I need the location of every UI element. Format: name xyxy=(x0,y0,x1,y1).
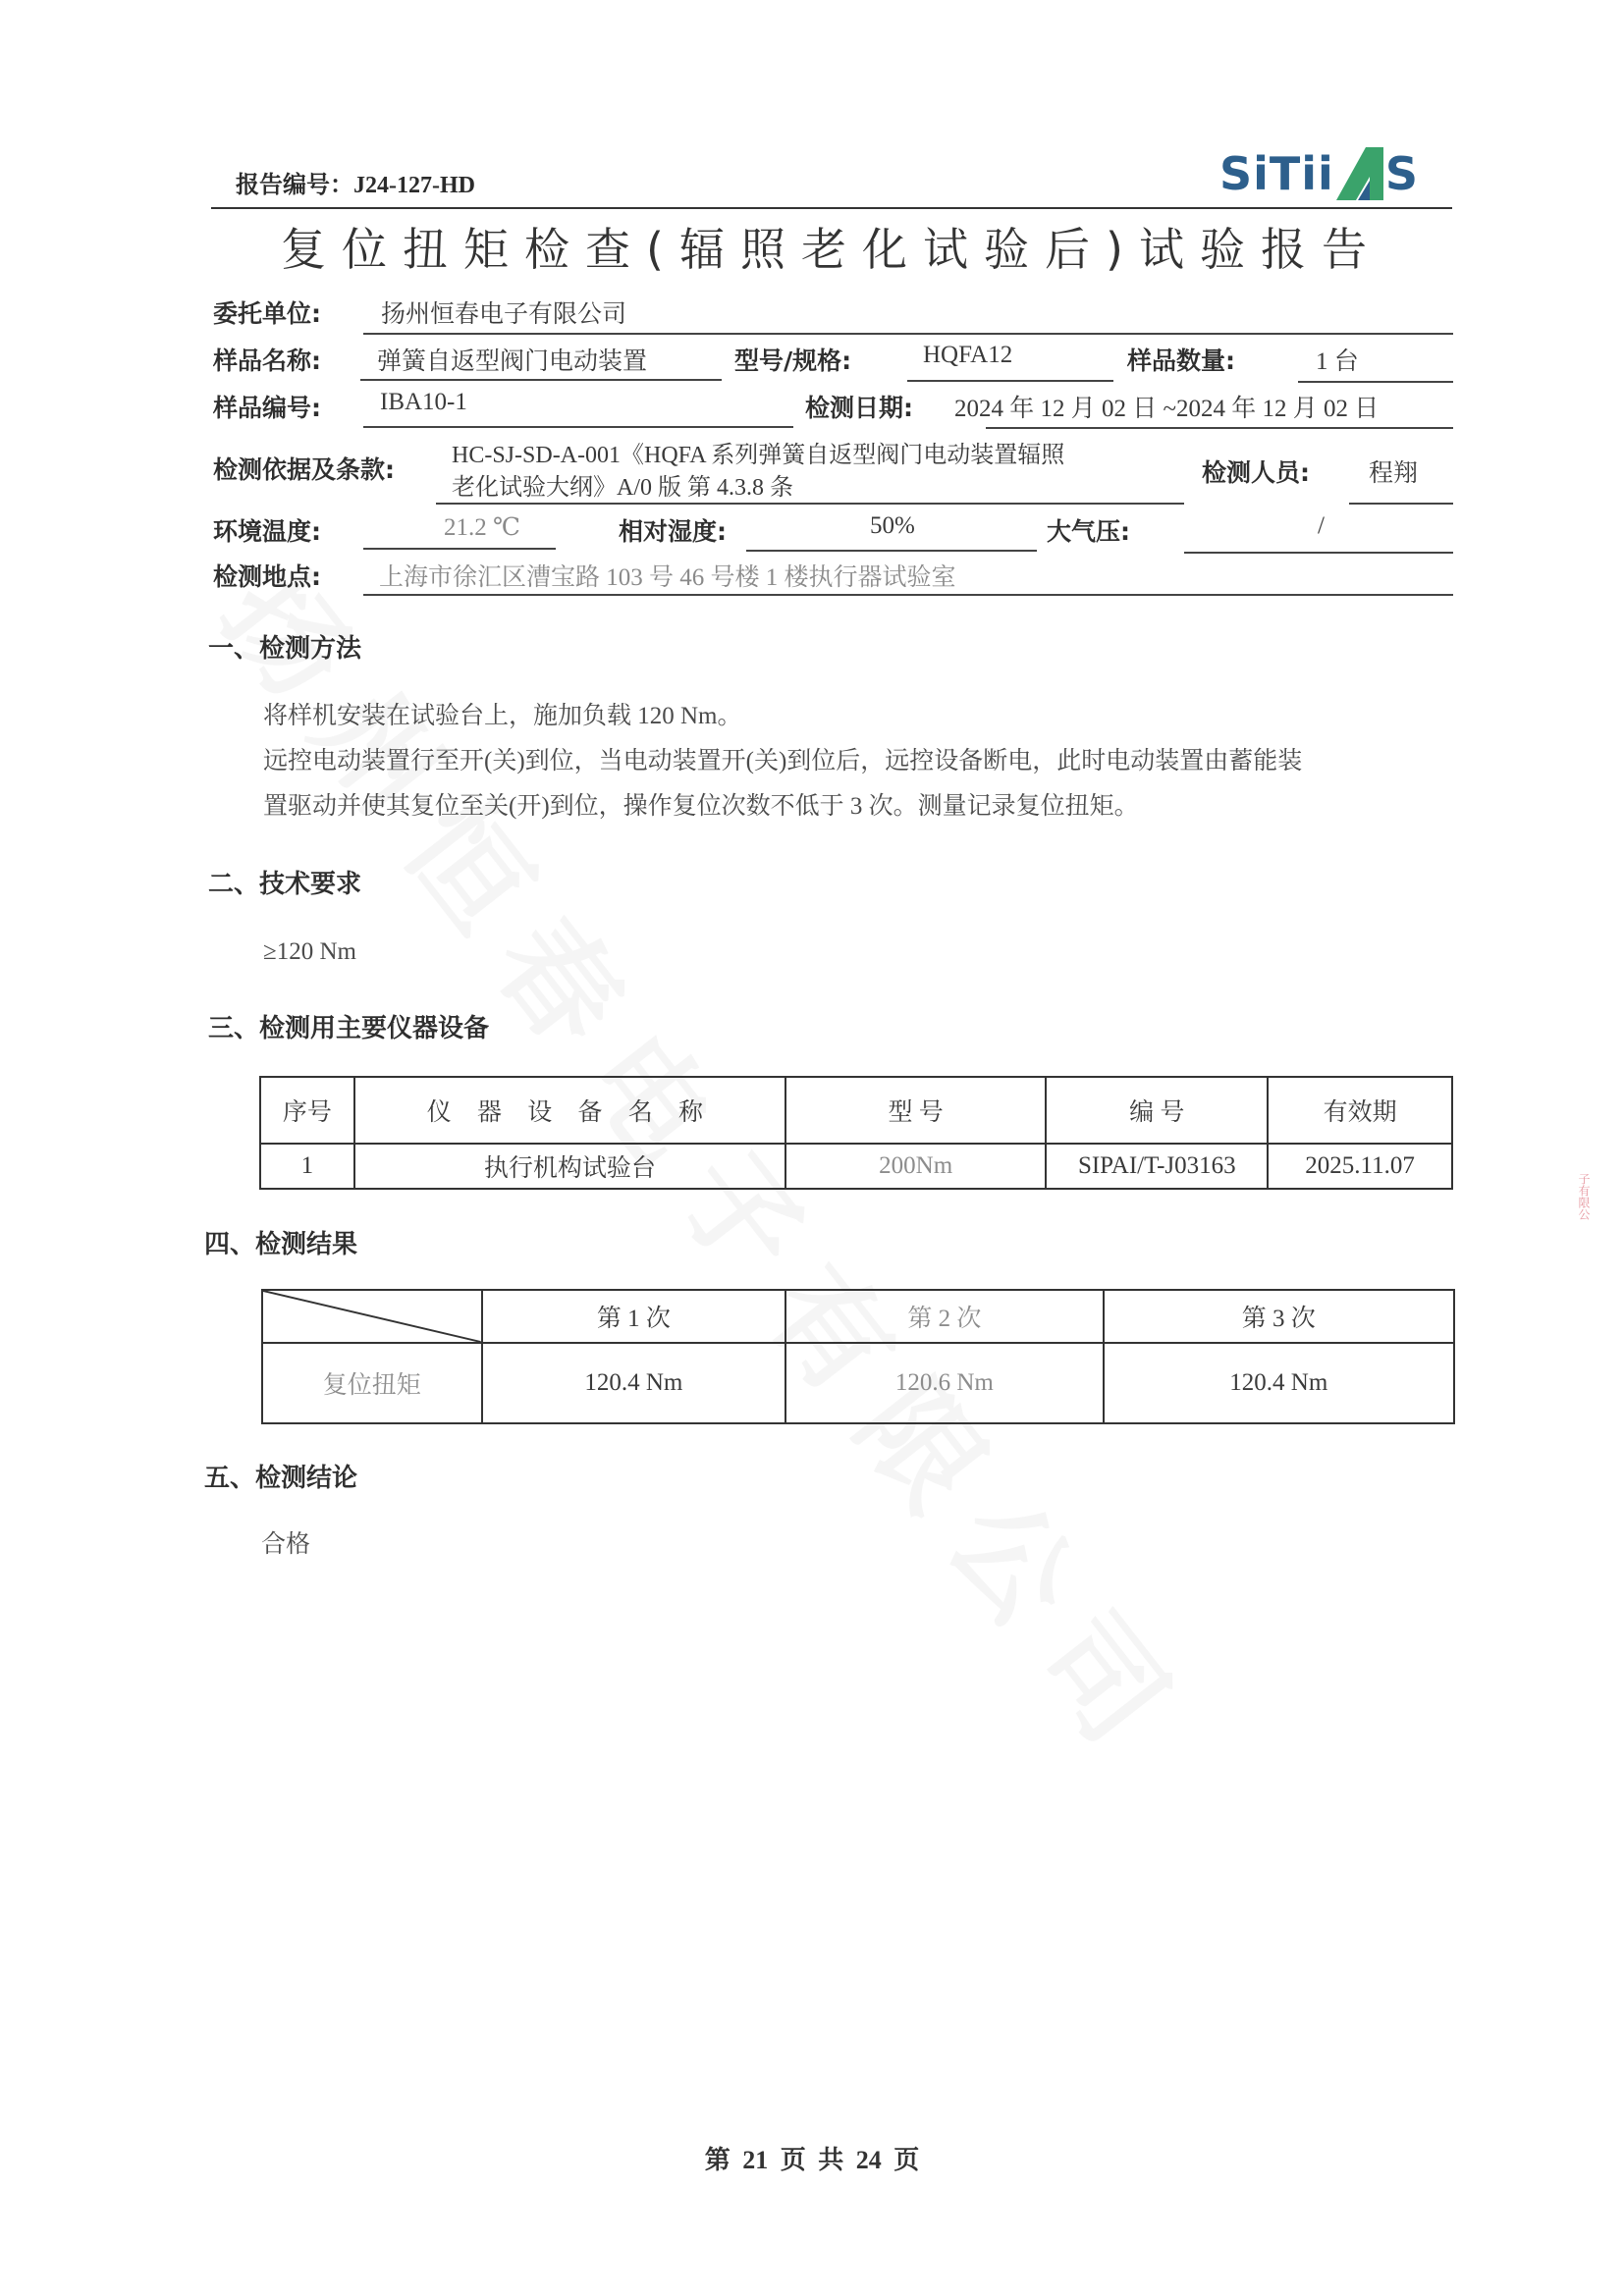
seal-stamp-fragment: 子有限公 xyxy=(1575,1173,1593,1340)
pressure-underline xyxy=(1184,552,1453,554)
pressure-label: 大气压: xyxy=(1047,512,1130,548)
method-line-2: 远控电动装置行至开(关)到位，当电动装置开(关)到位后，远控设备断电，此时电动装… xyxy=(263,740,1302,783)
test-date-underline xyxy=(986,427,1453,429)
results-col-1: 第 1 次 xyxy=(482,1290,786,1343)
results-corner-cell xyxy=(262,1290,482,1343)
equipment-col-validity: 有效期 xyxy=(1268,1077,1452,1144)
report-number: 报告编号：J24-127-HD xyxy=(236,165,475,199)
results-row-label: 复位扭矩 xyxy=(262,1343,482,1423)
equipment-cell-index: 1 xyxy=(260,1144,354,1189)
equipment-table-header-row: 序号 仪 器 设 备 名 称 型 号 编 号 有效期 xyxy=(260,1077,1452,1144)
test-date-label: 检测日期: xyxy=(805,389,913,424)
quantity-label: 样品数量: xyxy=(1127,342,1235,377)
method-line-1: 将样机安装在试验台上，施加负载 120 Nm。 xyxy=(263,695,742,738)
humidity-underline xyxy=(746,550,1037,552)
results-value-2: 120.6 Nm xyxy=(785,1343,1103,1423)
quantity-underline xyxy=(1298,381,1453,383)
sample-no-value: IBA10-1 xyxy=(380,389,467,416)
table-row: 复位扭矩 120.4 Nm 120.6 Nm 120.4 Nm xyxy=(262,1343,1454,1423)
equipment-table: 序号 仪 器 设 备 名 称 型 号 编 号 有效期 1 执行机构试验台 200… xyxy=(259,1076,1453,1190)
client-label: 委托单位: xyxy=(213,294,321,330)
basis-label: 检测依据及条款: xyxy=(213,451,395,486)
results-value-3: 120.4 Nm xyxy=(1104,1343,1454,1423)
requirement-text: ≥120 Nm xyxy=(263,931,356,974)
test-date-value: 2024 年 12 月 02 日 ~2024 年 12 月 02 日 xyxy=(954,389,1379,424)
pressure-value: / xyxy=(1318,512,1325,540)
equipment-col-model: 型 号 xyxy=(785,1077,1047,1144)
section-results-heading: 四、检测结果 xyxy=(204,1224,357,1260)
client-value: 扬州恒春电子有限公司 xyxy=(381,294,626,330)
header-divider xyxy=(211,207,1452,209)
location-value: 上海市徐汇区漕宝路 103 号 46 号楼 1 楼执行器试验室 xyxy=(379,558,956,593)
page-number: 第 21 页 共 24 页 xyxy=(0,2140,1624,2176)
sitiias-logo: SiTii S xyxy=(1219,145,1419,200)
tester-value: 程翔 xyxy=(1369,454,1418,489)
model-label: 型号/规格: xyxy=(734,342,851,377)
table-row: 1 执行机构试验台 200Nm SIPAI/T-J03163 2025.11.0… xyxy=(260,1144,1452,1189)
client-underline xyxy=(363,333,1453,335)
temperature-value: 21.2 ℃ xyxy=(444,512,520,542)
equipment-col-number: 编 号 xyxy=(1046,1077,1268,1144)
model-value: HQFA12 xyxy=(923,342,1012,369)
equipment-cell-validity: 2025.11.07 xyxy=(1268,1144,1452,1189)
basis-underline xyxy=(436,503,1184,505)
model-underline xyxy=(907,380,1113,382)
temperature-underline xyxy=(363,548,556,550)
sample-name-underline xyxy=(360,379,722,381)
report-number-label: 报告编号： xyxy=(236,173,353,198)
humidity-value: 50% xyxy=(870,512,915,540)
basis-line-1: HC-SJ-SD-A-001《HQFA 系列弹簧自返型阀门电动装置辐照 xyxy=(452,435,1064,469)
temperature-label: 环境温度: xyxy=(213,512,321,548)
humidity-label: 相对湿度: xyxy=(619,512,727,548)
location-underline xyxy=(363,594,1453,596)
equipment-col-name: 仪 器 设 备 名 称 xyxy=(354,1077,785,1144)
equipment-cell-model: 200Nm xyxy=(785,1144,1047,1189)
quantity-value: 1 台 xyxy=(1316,342,1359,377)
tester-underline xyxy=(1349,503,1453,505)
method-line-3: 置驱动并使其复位至关(开)到位，操作复位次数不低于 3 次。测量记录复位扭矩。 xyxy=(263,785,1139,828)
results-value-1: 120.4 Nm xyxy=(482,1343,786,1423)
results-col-2: 第 2 次 xyxy=(785,1290,1103,1343)
equipment-col-index: 序号 xyxy=(260,1077,354,1144)
logo-text-right: S xyxy=(1385,147,1419,200)
equipment-cell-number: SIPAI/T-J03163 xyxy=(1046,1144,1268,1189)
page-title: 复位扭矩检查(辐照老化试验后)试验报告 xyxy=(211,214,1452,279)
sample-name-value: 弹簧自返型阀门电动装置 xyxy=(377,342,647,377)
section-method-heading: 一、检测方法 xyxy=(208,628,361,665)
report-number-value: J24-127-HD xyxy=(353,173,475,198)
results-col-3: 第 3 次 xyxy=(1104,1290,1454,1343)
logo-a-mark-icon xyxy=(1336,147,1383,200)
results-table: 第 1 次 第 2 次 第 3 次 复位扭矩 120.4 Nm 120.6 Nm… xyxy=(261,1289,1455,1424)
section-conclusion-heading: 五、检测结论 xyxy=(204,1458,357,1494)
sample-no-underline xyxy=(363,426,793,428)
logo-text-left: SiTii xyxy=(1219,147,1334,200)
sample-name-label: 样品名称: xyxy=(213,342,321,377)
basis-line-2: 老化试验大纲》A/0 版 第 4.3.8 条 xyxy=(452,467,793,502)
section-requirement-heading: 二、技术要求 xyxy=(208,864,361,900)
results-table-header-row: 第 1 次 第 2 次 第 3 次 xyxy=(262,1290,1454,1343)
tester-label: 检测人员: xyxy=(1202,454,1310,489)
diagonal-line-icon xyxy=(263,1291,481,1342)
conclusion-text: 合格 xyxy=(261,1523,310,1567)
sample-no-label: 样品编号: xyxy=(213,389,321,424)
section-equipment-heading: 三、检测用主要仪器设备 xyxy=(208,1008,489,1044)
location-label: 检测地点: xyxy=(213,558,321,593)
equipment-cell-name: 执行机构试验台 xyxy=(354,1144,785,1189)
